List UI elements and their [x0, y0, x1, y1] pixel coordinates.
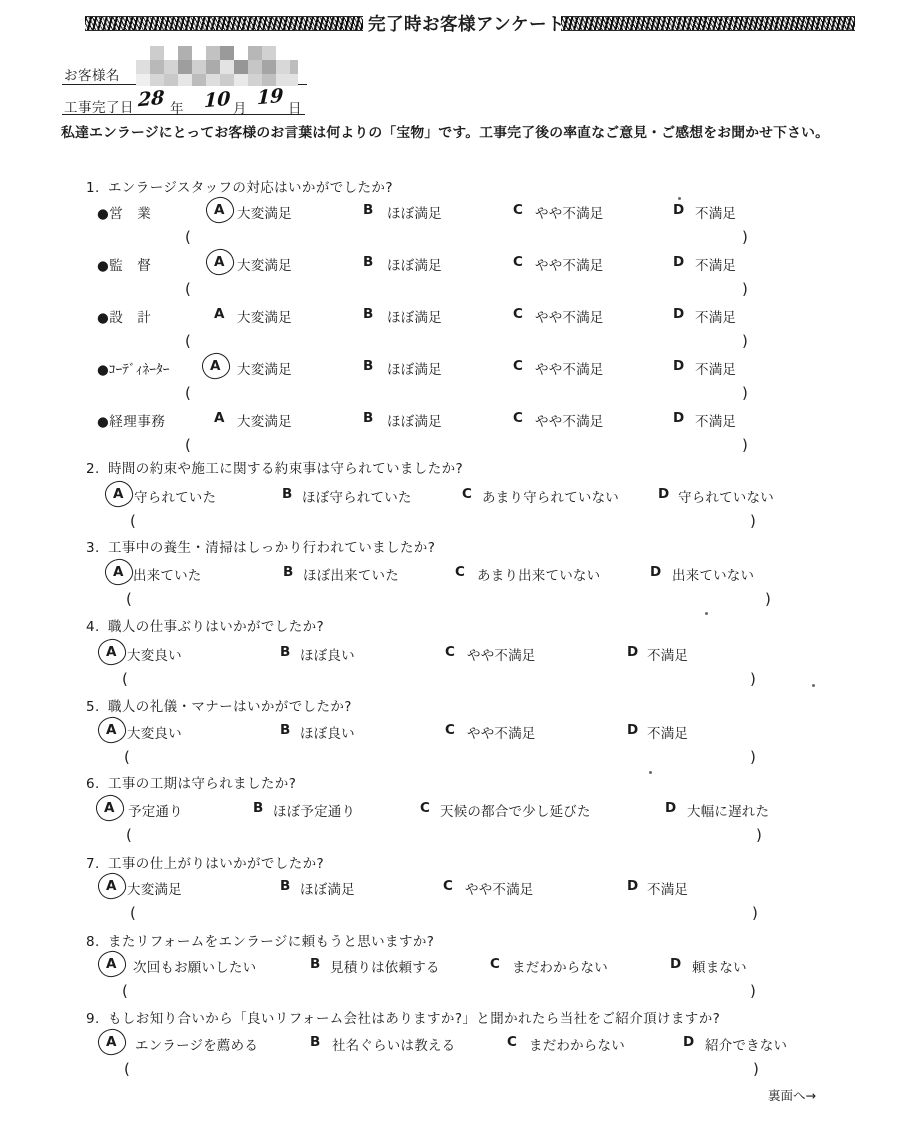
q1-row-coordinator-comment: ( )	[0, 384, 900, 408]
option-a-label: 出来ていた	[133, 564, 202, 584]
decorative-band-right	[561, 16, 855, 31]
comment-close-paren: )	[750, 748, 756, 766]
option-a-label: 大変満足	[237, 410, 292, 430]
option-c-label: あまり出来ていない	[477, 564, 600, 584]
option-a-label: 大変満足	[237, 358, 292, 378]
option-b-label: ほぼ満足	[387, 306, 442, 326]
comment-open-paren: (	[185, 384, 191, 402]
option-a-label: 大変満足	[127, 878, 182, 898]
option-b-label: ほぼ良い	[300, 644, 355, 664]
comment-open-paren: (	[122, 982, 128, 1000]
question-2-heading: 2.時間の約束や施工に関する約束事は守られていましたか?	[86, 457, 463, 477]
option-c-label: まだわからない	[529, 1034, 625, 1054]
question-1-heading: 1.エンラージスタッフの対応はいかがでしたか?	[86, 176, 393, 196]
q2-options: A 守られていた B ほぼ守られていた C あまり守られていない D 守られてい…	[0, 486, 900, 510]
question-number: 6.	[86, 776, 108, 792]
q1-row-coordinator: ●ｺｰﾃﾞｨﾈｰﾀｰ A 大変満足 B ほぼ満足 C やや不満足 D 不満足	[0, 358, 900, 382]
option-c-letter: C	[443, 878, 453, 894]
q1-row-supervisor-comment: ( )	[0, 280, 900, 304]
option-d-letter: D	[627, 878, 638, 894]
question-4-heading: 4.職人の仕事ぶりはいかがでしたか?	[86, 615, 324, 635]
option-d-letter: D	[683, 1034, 694, 1050]
q1-row-supervisor: ●監 督 A 大変満足 B ほぼ満足 C やや不満足 D 不満足	[0, 254, 900, 278]
option-d-letter: D	[673, 202, 684, 218]
option-b-letter: B	[363, 410, 373, 426]
option-a-circled: A	[214, 254, 224, 270]
comment-open-paren: (	[185, 436, 191, 454]
handwritten-year-value: 28	[138, 87, 165, 111]
option-b-letter: B	[363, 358, 373, 374]
comment-close-paren: )	[765, 590, 771, 608]
option-a-letter: A	[214, 306, 224, 322]
option-b-label: ほぼ満足	[300, 878, 355, 898]
option-d-label: 不満足	[695, 202, 736, 222]
option-b-letter: B	[363, 254, 373, 270]
option-d-label: 不満足	[647, 878, 688, 898]
q2-comment: ( )	[0, 512, 900, 536]
option-b-letter: B	[280, 722, 290, 738]
day-unit: 日	[288, 97, 302, 117]
year-unit: 年	[170, 97, 184, 117]
option-a-circled: A	[104, 800, 114, 816]
question-number: 7.	[86, 856, 108, 872]
option-b-letter: B	[310, 956, 320, 972]
option-c-letter: C	[462, 486, 472, 502]
intro-text: 私達エンラージにとってお客様のお言葉は何よりの「宝物」です。工事完了後の率直なご…	[61, 121, 829, 141]
scanned-survey-page: 完了時お客様アンケート お客様名 工事完了日 28 年 10 月 19 日 私達…	[0, 0, 900, 1121]
page-title: 完了時お客様アンケート	[368, 11, 565, 36]
option-a-label: 大変良い	[127, 644, 182, 664]
option-a-letter: A	[214, 410, 224, 426]
option-b-letter: B	[282, 486, 292, 502]
option-d-label: 不満足	[695, 410, 736, 430]
option-c-letter: C	[513, 358, 523, 374]
option-b-letter: B	[280, 644, 290, 660]
option-a-circled: A	[113, 486, 123, 502]
question-number: 2.	[86, 461, 108, 477]
question-8-heading: 8.またリフォームをエンラージに頼もうと思いますか?	[86, 930, 434, 950]
question-text: 工事の仕上がりはいかがでしたか?	[108, 856, 324, 872]
option-d-label: 不満足	[695, 358, 736, 378]
q7-options: A 大変満足 B ほぼ満足 C やや不満足 D 不満足	[0, 878, 900, 902]
option-c-label: やや不満足	[535, 202, 604, 222]
comment-open-paren: (	[130, 512, 136, 530]
option-c-letter: C	[490, 956, 500, 972]
option-d-letter: D	[673, 254, 684, 270]
option-d-letter: D	[650, 564, 661, 580]
option-a-label: 大変満足	[237, 254, 292, 274]
month-unit: 月	[233, 97, 247, 117]
question-9-heading: 9.もしお知り合いから「良いリフォーム会社はありますか?」と聞かれたら当社をご紹…	[86, 1007, 720, 1027]
comment-close-paren: )	[742, 436, 748, 454]
option-b-letter: B	[253, 800, 263, 816]
option-b-letter: B	[363, 306, 373, 322]
option-b-label: ほぼ満足	[387, 202, 442, 222]
option-c-letter: C	[420, 800, 430, 816]
option-d-letter: D	[627, 644, 638, 660]
option-a-circled: A	[106, 644, 116, 660]
category-label: ●設 計	[97, 306, 151, 326]
option-a-circled: A	[214, 202, 224, 218]
q3-comment: ( )	[0, 590, 900, 614]
question-number: 5.	[86, 699, 108, 715]
option-d-letter: D	[627, 722, 638, 738]
question-text: もしお知り合いから「良いリフォーム会社はありますか?」と聞かれたら当社をご紹介頂…	[108, 1011, 720, 1027]
comment-close-paren: )	[742, 384, 748, 402]
comment-open-paren: (	[185, 332, 191, 350]
comment-open-paren: (	[122, 670, 128, 688]
option-c-label: やや不満足	[535, 254, 604, 274]
question-6-heading: 6.工事の工期は守られましたか?	[86, 772, 296, 792]
scan-speck	[678, 197, 681, 200]
question-number: 1.	[86, 180, 108, 196]
option-b-label: 社名ぐらいは教える	[332, 1034, 455, 1054]
option-d-letter: D	[670, 956, 681, 972]
option-b-label: ほぼ満足	[387, 254, 442, 274]
option-a-circled: A	[113, 564, 123, 580]
q3-options: A 出来ていた B ほぼ出来ていた C あまり出来ていない D 出来ていない	[0, 564, 900, 588]
comment-open-paren: (	[185, 228, 191, 246]
category-label: ●営 業	[97, 202, 151, 222]
handwritten-month-value: 10	[204, 88, 231, 112]
comment-close-paren: )	[742, 332, 748, 350]
customer-name-label: お客様名	[64, 64, 120, 84]
question-text: 工事中の養生・清掃はしっかり行われていましたか?	[108, 540, 435, 556]
option-d-label: 頼まない	[692, 956, 747, 976]
q9-comment: ( )	[0, 1060, 900, 1084]
back-side-note: 裏面へ→	[768, 1086, 816, 1104]
option-a-label: エンラージを薦める	[135, 1034, 258, 1054]
option-c-label: やや不満足	[465, 878, 534, 898]
option-a-label: 大変満足	[237, 202, 292, 222]
q7-comment: ( )	[0, 904, 900, 928]
comment-close-paren: )	[752, 904, 758, 922]
option-b-letter: B	[283, 564, 293, 580]
option-c-letter: C	[445, 722, 455, 738]
option-b-label: ほぼ良い	[300, 722, 355, 742]
option-a-circled: A	[106, 956, 116, 972]
comment-open-paren: (	[124, 1060, 130, 1078]
option-a-circled: A	[210, 358, 220, 374]
option-c-label: やや不満足	[535, 410, 604, 430]
option-b-letter: B	[310, 1034, 320, 1050]
q1-row-design: ●設 計 A 大変満足 B ほぼ満足 C やや不満足 D 不満足	[0, 306, 900, 330]
option-d-label: 大幅に遅れた	[687, 800, 769, 820]
comment-close-paren: )	[742, 280, 748, 298]
question-7-heading: 7.工事の仕上がりはいかがでしたか?	[86, 852, 324, 872]
comment-open-paren: (	[124, 748, 130, 766]
option-c-label: やや不満足	[535, 358, 604, 378]
category-label: ●ｺｰﾃﾞｨﾈｰﾀｰ	[97, 358, 170, 378]
option-c-letter: C	[513, 306, 523, 322]
option-a-circled: A	[106, 722, 116, 738]
option-a-label: 大変満足	[237, 306, 292, 326]
q1-row-design-comment: ( )	[0, 332, 900, 356]
option-c-letter: C	[455, 564, 465, 580]
comment-close-paren: )	[742, 228, 748, 246]
comment-close-paren: )	[750, 982, 756, 1000]
question-5-heading: 5.職人の礼儀・マナーはいかがでしたか?	[86, 695, 352, 715]
option-c-label: やや不満足	[467, 722, 536, 742]
q1-row-sales-comment: ( )	[0, 228, 900, 252]
comment-close-paren: )	[756, 826, 762, 844]
q1-row-sales: ●営 業 A 大変満足 B ほぼ満足 C やや不満足 D 不満足	[0, 202, 900, 226]
question-text: またリフォームをエンラージに頼もうと思いますか?	[108, 934, 434, 950]
q6-options: A 予定通り B ほぼ予定通り C 天候の都合で少し延びた D 大幅に遅れた	[0, 800, 900, 824]
option-d-letter: D	[673, 410, 684, 426]
question-text: 時間の約束や施工に関する約束事は守られていましたか?	[108, 461, 463, 477]
option-c-letter: C	[513, 410, 523, 426]
option-c-letter: C	[445, 644, 455, 660]
category-label: ●経理事務	[97, 410, 165, 430]
option-d-letter: D	[673, 358, 684, 374]
option-c-label: やや不満足	[467, 644, 536, 664]
comment-close-paren: )	[750, 670, 756, 688]
option-b-label: ほぼ予定通り	[273, 800, 355, 820]
q8-comment: ( )	[0, 982, 900, 1006]
decorative-band-left	[85, 16, 363, 31]
option-d-label: 不満足	[647, 722, 688, 742]
option-b-label: ほぼ出来ていた	[303, 564, 399, 584]
option-b-label: ほぼ満足	[387, 410, 442, 430]
question-text: 工事の工期は守られましたか?	[108, 776, 296, 792]
q6-comment: ( )	[0, 826, 900, 850]
customer-name-redacted	[136, 46, 298, 86]
question-3-heading: 3.工事中の養生・清掃はしっかり行われていましたか?	[86, 536, 435, 556]
q4-comment: ( )	[0, 670, 900, 694]
option-d-letter: D	[658, 486, 669, 502]
question-text: 職人の仕事ぶりはいかがでしたか?	[108, 619, 324, 635]
completion-date-label: 工事完了日	[64, 96, 134, 116]
q1-row-accounting: ●経理事務 A 大変満足 B ほぼ満足 C やや不満足 D 不満足	[0, 410, 900, 434]
comment-open-paren: (	[126, 826, 132, 844]
question-number: 4.	[86, 619, 108, 635]
option-c-letter: C	[507, 1034, 517, 1050]
q4-options: A 大変良い B ほぼ良い C やや不満足 D 不満足	[0, 644, 900, 668]
option-d-label: 紹介できない	[705, 1034, 787, 1054]
option-c-label: まだわからない	[512, 956, 608, 976]
option-b-letter: B	[280, 878, 290, 894]
category-label: ●監 督	[97, 254, 151, 274]
q5-comment: ( )	[0, 748, 900, 772]
comment-open-paren: (	[185, 280, 191, 298]
question-text: 職人の礼儀・マナーはいかがでしたか?	[108, 699, 352, 715]
option-d-letter: D	[665, 800, 676, 816]
question-number: 9.	[86, 1011, 108, 1027]
option-d-label: 守られていない	[678, 486, 774, 506]
option-b-label: 見積りは依頼する	[330, 956, 440, 976]
question-text: エンラージスタッフの対応はいかがでしたか?	[108, 180, 393, 196]
option-a-label: 守られていた	[134, 486, 216, 506]
option-d-letter: D	[673, 306, 684, 322]
option-c-letter: C	[513, 254, 523, 270]
question-number: 3.	[86, 540, 108, 556]
option-a-circled: A	[106, 878, 116, 894]
option-c-label: 天候の都合で少し延びた	[440, 800, 591, 820]
option-b-letter: B	[363, 202, 373, 218]
q8-options: A 次回もお願いしたい B 見積りは依頼する C まだわからない D 頼まない	[0, 956, 900, 980]
option-d-label: 不満足	[695, 254, 736, 274]
option-b-label: ほぼ守られていた	[302, 486, 412, 506]
comment-open-paren: (	[126, 590, 132, 608]
comment-close-paren: )	[753, 1060, 759, 1078]
option-c-letter: C	[513, 202, 523, 218]
comment-close-paren: )	[750, 512, 756, 530]
option-d-label: 不満足	[695, 306, 736, 326]
option-a-circled: A	[106, 1034, 116, 1050]
handwritten-day-value: 19	[257, 85, 284, 109]
option-b-label: ほぼ満足	[387, 358, 442, 378]
q5-options: A 大変良い B ほぼ良い C やや不満足 D 不満足	[0, 722, 900, 746]
option-d-label: 出来ていない	[672, 564, 754, 584]
option-a-label: 予定通り	[128, 800, 183, 820]
option-a-label: 大変良い	[127, 722, 182, 742]
option-c-label: あまり守られていない	[482, 486, 619, 506]
comment-open-paren: (	[130, 904, 136, 922]
q9-options: A エンラージを薦める B 社名ぐらいは教える C まだわからない D 紹介でき…	[0, 1034, 900, 1058]
option-a-label: 次回もお願いしたい	[133, 956, 256, 976]
question-number: 8.	[86, 934, 108, 950]
option-d-label: 不満足	[647, 644, 688, 664]
option-c-label: やや不満足	[535, 306, 604, 326]
